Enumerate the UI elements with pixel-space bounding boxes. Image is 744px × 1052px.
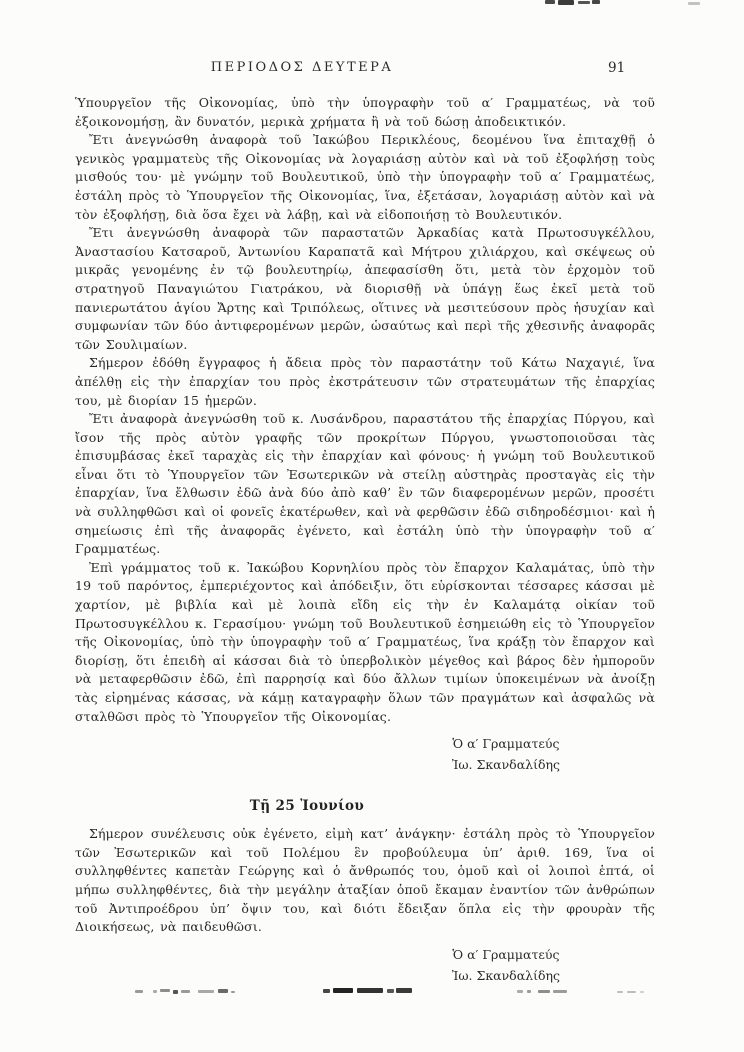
paragraph: Ἔτι ἀνεγνώσθη ἀναφορὰ τοῦ Ἰακώβου Περικλ…: [75, 131, 655, 224]
scan-artifact-bottom: [218, 989, 228, 993]
scan-artifact-bottom: [231, 991, 235, 993]
paragraph: Ἐπὶ γράμματος τοῦ κ. Ἰακώβου Κορνηλίου π…: [75, 559, 655, 726]
scan-artifact-bottom: [323, 989, 330, 993]
paragraph: Ἔτι ἀνεγνώσθη ἀναφορὰ τῶν παραστατῶν Ἀρκ…: [75, 224, 655, 354]
page-header: ΠΕΡΙΟΔΟΣ ΔΕΥΤΕΡΑ 91: [0, 60, 744, 80]
signature-block: Ὁ α′ Γραμματεύς Ἰω. Σκανδαλίδης: [452, 944, 560, 986]
scan-artifact-bottom: [396, 988, 412, 993]
page-number: 91: [608, 60, 625, 76]
scan-artifact-bottom: [517, 990, 523, 993]
signature-role: Ὁ α′ Γραμματεύς: [452, 944, 560, 965]
scan-artifact-bottom: [357, 988, 383, 993]
signature-role: Ὁ α′ Γραμματεύς: [452, 733, 560, 754]
scanned-page: ΠΕΡΙΟΔΟΣ ΔΕΥΤΕΡΑ 91 Ὑπουργεῖον τῆς Οἰκον…: [0, 0, 744, 1052]
date-heading: Τῇ 25 Ἰουνίου: [250, 798, 364, 814]
scan-artifact-bottom: [153, 990, 157, 993]
paragraph: Σήμερον συνέλευσις οὐκ ἐγένετο, εἰμὴ κατ…: [75, 825, 655, 937]
paragraph: Ἔτι ἀναφορὰ ἀνεγνώσθη τοῦ κ. Λυσάνδρου, …: [75, 410, 655, 559]
scan-artifact-bottom: [627, 991, 636, 993]
scan-artifact-bottom: [553, 990, 567, 993]
scan-artifact-top: [558, 0, 574, 5]
page-body: Ὑπουργεῖον τῆς Οἰκονομίας, ὑπὸ τὴν ὑπογρ…: [75, 94, 655, 990]
scan-artifact-top: [688, 2, 700, 5]
scan-artifact-bottom: [173, 990, 178, 994]
scan-artifact-top: [578, 1, 590, 4]
scan-artifact-bottom: [617, 991, 623, 993]
scan-artifact-bottom: [387, 989, 394, 993]
scan-artifact-bottom: [181, 990, 190, 993]
running-title: ΠΕΡΙΟΔΟΣ ΔΕΥΤΕΡΑ: [0, 60, 674, 75]
scan-artifact-bottom: [160, 989, 170, 992]
signature-name: Ἰω. Σκανδαλίδης: [452, 965, 560, 986]
scan-artifact-bottom: [640, 991, 644, 993]
scan-artifact-top: [592, 0, 600, 4]
scan-artifact-bottom: [527, 990, 531, 993]
scan-artifact-bottom: [333, 988, 353, 993]
scan-artifact-top: [545, 0, 555, 4]
signature-block: Ὁ α′ Γραμματεύς Ἰω. Σκανδαλίδης: [452, 733, 560, 775]
scan-artifact-bottom: [538, 990, 550, 993]
paragraph: Σήμερον ἐδόθη ἔγγραφος ἡ ἄδεια πρὸς τὸν …: [75, 354, 655, 410]
scan-artifact-bottom: [198, 990, 214, 993]
signature-name: Ἰω. Σκανδαλίδης: [452, 754, 560, 775]
scan-artifact-bottom: [135, 990, 143, 993]
paragraph: Ὑπουργεῖον τῆς Οἰκονομίας, ὑπὸ τὴν ὑπογρ…: [75, 94, 655, 131]
